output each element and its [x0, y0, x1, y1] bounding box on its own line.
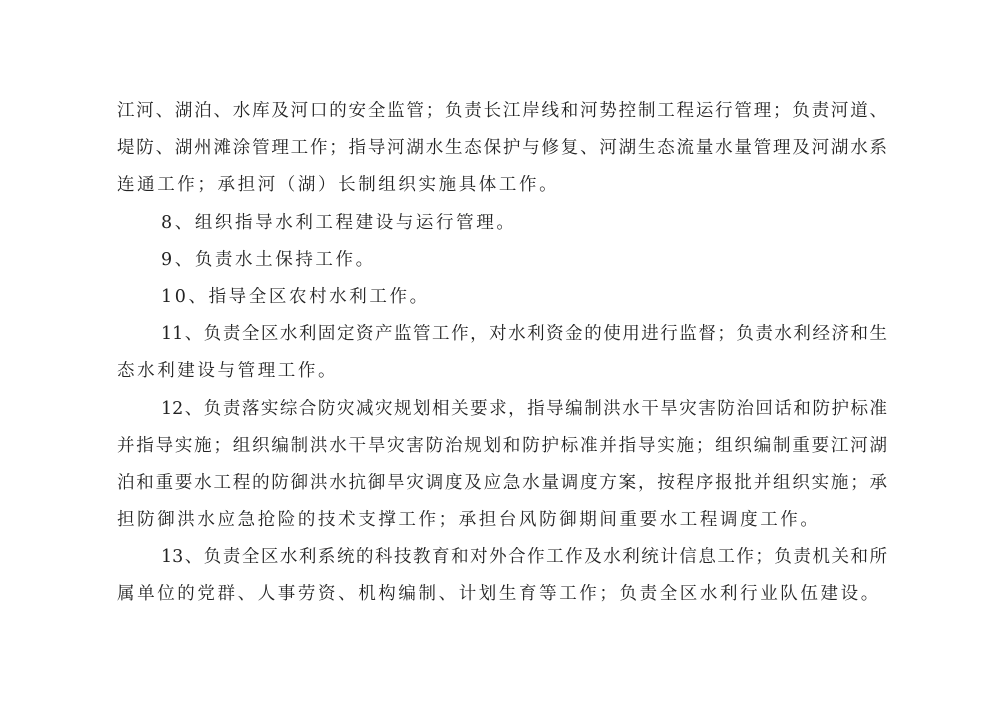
text-line: 担防御洪水应急抢险的技术支撑工作；承担台风防御期间重要水工程调度工作。: [117, 502, 887, 539]
list-item-10: 10、指导全区农村水利工作。: [117, 279, 887, 316]
list-item-11: 11、负责全区水利固定资产监管工作，对水利资金的使用进行监督；负责水利经济和生: [117, 316, 887, 353]
list-item-9: 9、负责水土保持工作。: [117, 242, 887, 279]
text-line: 泊和重要水工程的防御洪水抗御旱灾调度及应急水量调度方案，按程序报批并组织实施；承: [117, 465, 887, 502]
list-item-12: 12、负责落实综合防灾减灾规划相关要求，指导编制洪水干旱灾害防治回话和防护标准: [117, 391, 887, 428]
text-line: 并指导实施；组织编制洪水干旱灾害防治规划和防护标准并指导实施；组织编制重要江河湖: [117, 428, 887, 465]
list-item-13: 13、负责全区水利系统的科技教育和对外合作工作及水利统计信息工作；负责机关和所: [117, 539, 887, 576]
text-line: 连通工作；承担河（湖）长制组织实施具体工作。: [117, 167, 887, 204]
text-line: 堤防、湖州滩涂管理工作；指导河湖水生态保护与修复、河湖生态流量水量管理及河湖水系: [117, 130, 887, 167]
document-page: 江河、湖泊、水库及河口的安全监管；负责长江岸线和河势控制工程运行管理；负责河道、…: [117, 93, 887, 614]
text-line: 属单位的党群、人事劳资、机构编制、计划生育等工作；负责全区水利行业队伍建设。: [117, 576, 887, 613]
text-line: 态水利建设与管理工作。: [117, 353, 887, 390]
text-line: 江河、湖泊、水库及河口的安全监管；负责长江岸线和河势控制工程运行管理；负责河道、: [117, 93, 887, 130]
list-item-8: 8、组织指导水利工程建设与运行管理。: [117, 205, 887, 242]
